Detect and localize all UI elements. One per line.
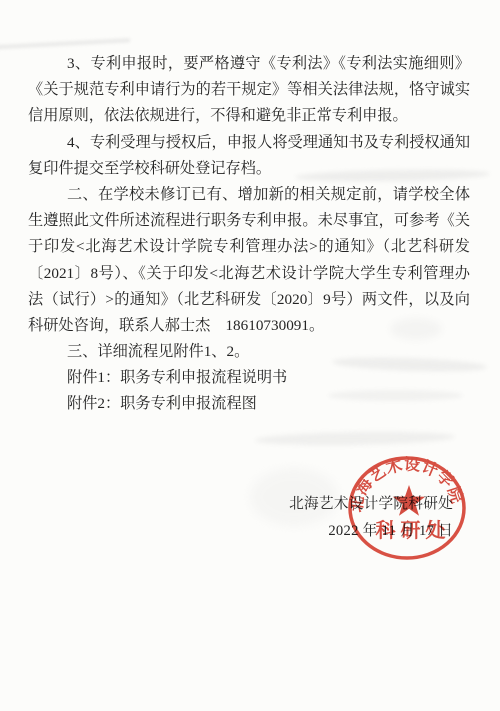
- body-line: 4、专利受理与授权后，申报人将受理通知书及专利授权通知书: [28, 130, 470, 156]
- document-body: 3、专利申报时，要严格遵守《专利法》《专利法实施细则》和 《关于规范专利申请行为…: [28, 51, 470, 418]
- body-line: 生遵照此文件所述流程进行职务专利申报。未尽事宜，可参考《关: [28, 208, 470, 234]
- scan-edge-artifact: [0, 38, 130, 50]
- body-line: 〔2021〕8号）、《关于印发<北海艺术设计学院大学生专利管理办: [28, 261, 470, 287]
- official-seal: 北海艺术设计学院 科研处: [337, 438, 477, 578]
- seal-center-text: 科研处: [376, 518, 451, 542]
- scanned-document-page: 3、专利申报时，要严格遵守《专利法》《专利法实施细则》和 《关于规范专利申请行为…: [0, 0, 500, 711]
- body-line: 3、专利申报时，要严格遵守《专利法》《专利法实施细则》和: [28, 51, 470, 77]
- body-line: 于印发<北海艺术设计学院专利管理办法>的通知》（北艺科研发: [28, 234, 470, 260]
- body-line: 复印件提交至学校科研处登记存档。: [28, 156, 470, 182]
- body-line: 《关于规范专利申请行为的若干规定》等相关法律法规，恪守诚实: [28, 77, 470, 103]
- attachment-line-2: 附件2：职务专利申报流程图: [28, 391, 470, 417]
- body-line: 三、详细流程见附件1、2。: [28, 339, 470, 365]
- body-line: 二、在学校未修订已有、增加新的相关规定前，请学校全体师: [28, 182, 470, 208]
- attachment-line-1: 附件1：职务专利申报流程说明书: [28, 365, 470, 391]
- body-line: 法（试行）>的通知》（北艺科研发〔2020〕9号）两文件，以及向: [28, 287, 470, 313]
- seal-star-icon: [393, 485, 425, 516]
- body-line: 信用原则，依法依规进行，不得和避免非正常专利申报。: [28, 103, 470, 129]
- body-line: 科研处咨询，联系人郝士杰 18610730091。: [28, 313, 470, 339]
